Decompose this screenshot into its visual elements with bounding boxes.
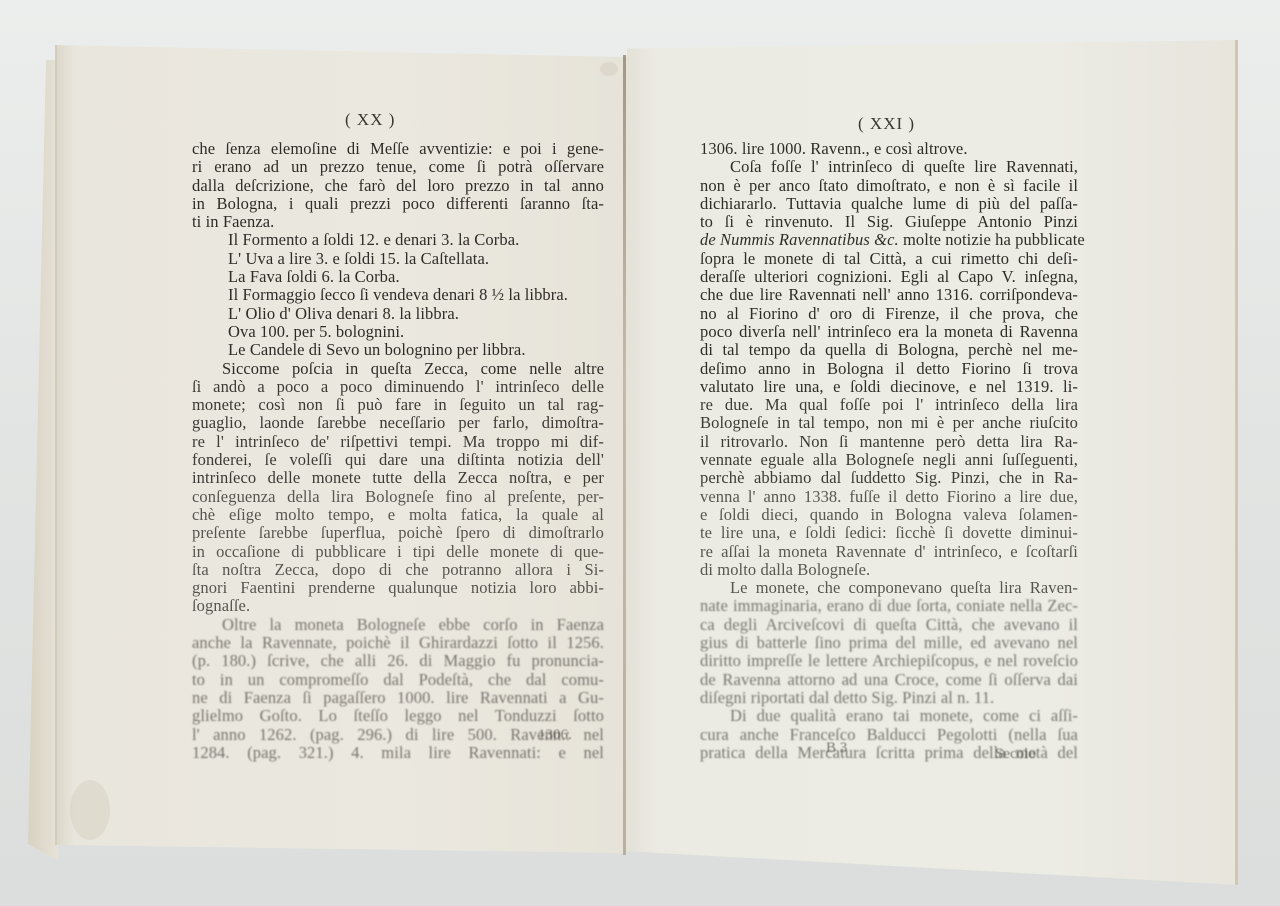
text-line: preſente ſarebbe ſuperflua, poichè ſpero… bbox=[192, 524, 604, 542]
text-line: monete; così non ſi può fare in ſeguito … bbox=[192, 396, 604, 414]
text-line: in Bologna, i quali prezzi poco differen… bbox=[192, 195, 604, 213]
catchword-left: 1306. bbox=[538, 727, 572, 744]
text-line: e ſoldi dieci, quando in Bologna valeva … bbox=[700, 506, 1078, 524]
text-line: che due lire Ravennati nell' anno 1316. … bbox=[700, 286, 1078, 304]
text-line: guaglio, laonde ſarebbe neceſſario per f… bbox=[192, 414, 604, 432]
open-book: ( XX ) che ſenza elemoſine di Meſſe avve… bbox=[0, 0, 1280, 906]
text-line: re due. Ma qual foſſe poi l' intrinſeco … bbox=[700, 396, 1078, 414]
italic-title: de Nummis Ravennatibus &c. bbox=[700, 230, 899, 249]
text-line: ti in Faenza. bbox=[192, 213, 604, 231]
text-line: re aſſai la moneta Ravennate d' intrinſe… bbox=[700, 543, 1078, 561]
price-list-item: Il Formento a ſoldi 12. e denari 3. la C… bbox=[192, 231, 604, 249]
text-line: venna l' anno 1338. fuſſe il detto Fiori… bbox=[700, 488, 1078, 506]
text-line: to in un compromeſſo dal Podeſtà, che da… bbox=[192, 671, 604, 689]
text-line: poco diverſa nell' intrinſeco era la mon… bbox=[700, 323, 1078, 341]
text-line: fonderei, ſe voleſſi qui dare una diſtin… bbox=[192, 451, 604, 469]
page-number-left: ( XX ) bbox=[345, 110, 395, 130]
text-line: in occaſione di pubblicare i tipi delle … bbox=[192, 543, 604, 561]
paper-stain bbox=[600, 62, 618, 76]
text-line: di molto dalla Bologneſe. bbox=[700, 561, 1078, 579]
text-line: ſognaſſe. bbox=[192, 597, 604, 615]
text-line: deraſſe ulteriori cognizioni. Egli al Ca… bbox=[700, 268, 1078, 286]
paper-stain bbox=[70, 780, 110, 840]
left-page-text: che ſenza elemoſine di Meſſe avventizie:… bbox=[192, 140, 604, 762]
text-line: diſegni riportati dal detto Sig. Pinzi a… bbox=[700, 689, 1078, 707]
text-line: no al Fiorino d' oro di Firenze, il che … bbox=[700, 305, 1078, 323]
text-line: Bologneſe in tal tempo, non mi è per anc… bbox=[700, 414, 1078, 432]
text-line: anche la Ravennate, poichè il Ghirardazz… bbox=[192, 634, 604, 652]
text-line: te lire una, e ſoldi ſedici: ſicchè ſi d… bbox=[700, 524, 1078, 542]
price-list-item: Ova 100. per 5. bolognini. bbox=[192, 323, 604, 341]
text-line: dichiararlo. Tuttavia qualche lume di pi… bbox=[700, 195, 1078, 213]
text-line: Coſa foſſe l' intrinſeco di queſte lire … bbox=[700, 158, 1078, 176]
catchword-right: Secolo bbox=[995, 746, 1036, 763]
text-line: to ſi è rinvenuto. Il Sig. Giuſeppe Anto… bbox=[700, 213, 1078, 231]
text-line: ri erano ad un prezzo tenue, come ſi pot… bbox=[192, 158, 604, 176]
text-line: il ritrovarlo. Non ſi mantenne però dett… bbox=[700, 433, 1078, 451]
text-line: perchè abbiamo dal ſuddetto Sig. Pinzi, … bbox=[700, 469, 1078, 487]
text-line: deſimo anno in Bologna il detto Fiorino … bbox=[700, 360, 1078, 378]
price-list-item: L' Uva a lire 3. e ſoldi 15. la Caſtella… bbox=[192, 250, 604, 268]
text-line: che ſenza elemoſine di Meſſe avventizie:… bbox=[192, 140, 604, 158]
price-list-item: La Fava ſoldi 6. la Corba. bbox=[192, 268, 604, 286]
text-line: 1284. (pag. 321.) 4. mila lire Ravennati… bbox=[192, 744, 604, 762]
text-line: vennate eguale alla Bologneſe negli anni… bbox=[700, 451, 1078, 469]
text-line: de Nummis Ravennatibus &c. molte notizie… bbox=[700, 231, 1078, 249]
right-page-text: 1306. lire 1000. Ravenn., e così altrove… bbox=[700, 140, 1078, 762]
text-line: ſopra le monete di tal Città, a cui rime… bbox=[700, 250, 1078, 268]
text-line: gnori Faentini prenderne qualunque notiz… bbox=[192, 579, 604, 597]
text-line: diritto impreſſe le lettere Archiepiſcop… bbox=[700, 652, 1078, 670]
text-line: nate immaginaria, erano di due ſorta, co… bbox=[700, 597, 1078, 615]
text-line: Siccome poſcia in queſta Zecca, come nel… bbox=[192, 360, 604, 378]
text-line: dalla deſcrizione, che farò del loro pre… bbox=[192, 177, 604, 195]
text-line: di tal tempo da quella di Bologna, perch… bbox=[700, 341, 1078, 359]
price-list-item: Il Formaggio ſecco ſi vendeva denari 8 ½… bbox=[192, 286, 604, 304]
text-line: Oltre la moneta Bologneſe ebbe corſo in … bbox=[192, 616, 604, 634]
text-line: ca degli Arciveſcovi di queſta Città, ch… bbox=[700, 616, 1078, 634]
text-line: ſi andò a poco a poco diminuendo l' intr… bbox=[192, 378, 604, 396]
price-list-item: Le Candele di Sevo un bolognino per libb… bbox=[192, 341, 604, 359]
text-line: glielmo Goſto. Lo ſteſſo leggo nel Tondu… bbox=[192, 707, 604, 725]
text-line: Le monete, che componevano queſta lira R… bbox=[700, 579, 1078, 597]
text-line: cura anche Franceſco Balducci Pegolotti … bbox=[700, 726, 1078, 744]
text-fragment: molte notizie ha pubblicate bbox=[903, 230, 1085, 249]
text-line: valutato lire una, e ſoldi diecinove, e … bbox=[700, 378, 1078, 396]
text-line: conſeguenza della lira Bologneſe fino al… bbox=[192, 488, 604, 506]
text-line: 1306. lire 1000. Ravenn., e così altrove… bbox=[700, 140, 1078, 158]
text-line: (p. 180.) ſcrive, che alli 26. di Maggio… bbox=[192, 652, 604, 670]
signature-mark: B 3 bbox=[826, 740, 847, 757]
book-gutter bbox=[623, 55, 626, 855]
text-line: de Ravenna attorno ad una Croce, come ſi… bbox=[700, 671, 1078, 689]
text-line: non è per anco ſtato dimoſtrato, e non è… bbox=[700, 177, 1078, 195]
text-line: Di due qualità erano tai monete, come ci… bbox=[700, 707, 1078, 725]
price-list-item: L' Olio d' Oliva denari 8. la libbra. bbox=[192, 305, 604, 323]
text-line: gius di batterle ſino prima del mille, e… bbox=[700, 634, 1078, 652]
text-line: re l' intrinſeco de' riſpettivi tempi. M… bbox=[192, 433, 604, 451]
page-number-right: ( XXI ) bbox=[858, 114, 915, 134]
text-line: chè eſige molto tempo, e molta fatica, l… bbox=[192, 506, 604, 524]
text-line: intrinſeco delle monete tutte della Zecc… bbox=[192, 469, 604, 487]
text-line: ſta noſtra Zecca, dopo di che potranno a… bbox=[192, 561, 604, 579]
left-page-stack-edge bbox=[28, 60, 58, 860]
text-line: ne di Faenza ſi pagaſſero 1000. lire Rav… bbox=[192, 689, 604, 707]
